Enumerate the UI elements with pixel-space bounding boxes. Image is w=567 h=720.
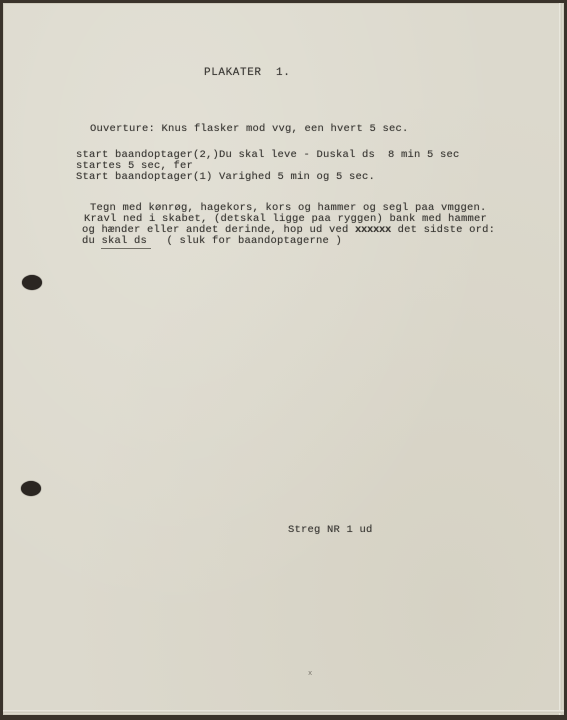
punch-hole-top (22, 275, 42, 290)
document-page: PLAKATER 1. Ouverture: Knus flasker mod … (3, 3, 564, 715)
document-title: PLAKATER 1. (204, 67, 290, 79)
text-line-hands-end: det sidste ord: (391, 224, 495, 236)
struck-out-word: xxxxxx (355, 224, 391, 236)
text-line-overture: Ouverture: Knus flasker mod vvg, een hve… (90, 123, 409, 135)
punch-hole-bottom (21, 481, 41, 496)
page-edge-right (559, 3, 562, 715)
page-mark: x (308, 670, 312, 678)
handwritten-underline (101, 248, 151, 249)
text-line-last-words: du skal ds ( sluk for baandoptagerne ) (82, 235, 342, 247)
text-line-tape-1: Start baandoptager(1) Varighed 5 min og … (76, 171, 375, 183)
page-edge-bottom (3, 710, 564, 713)
footer-note: Streg NR 1 ud (288, 524, 373, 536)
